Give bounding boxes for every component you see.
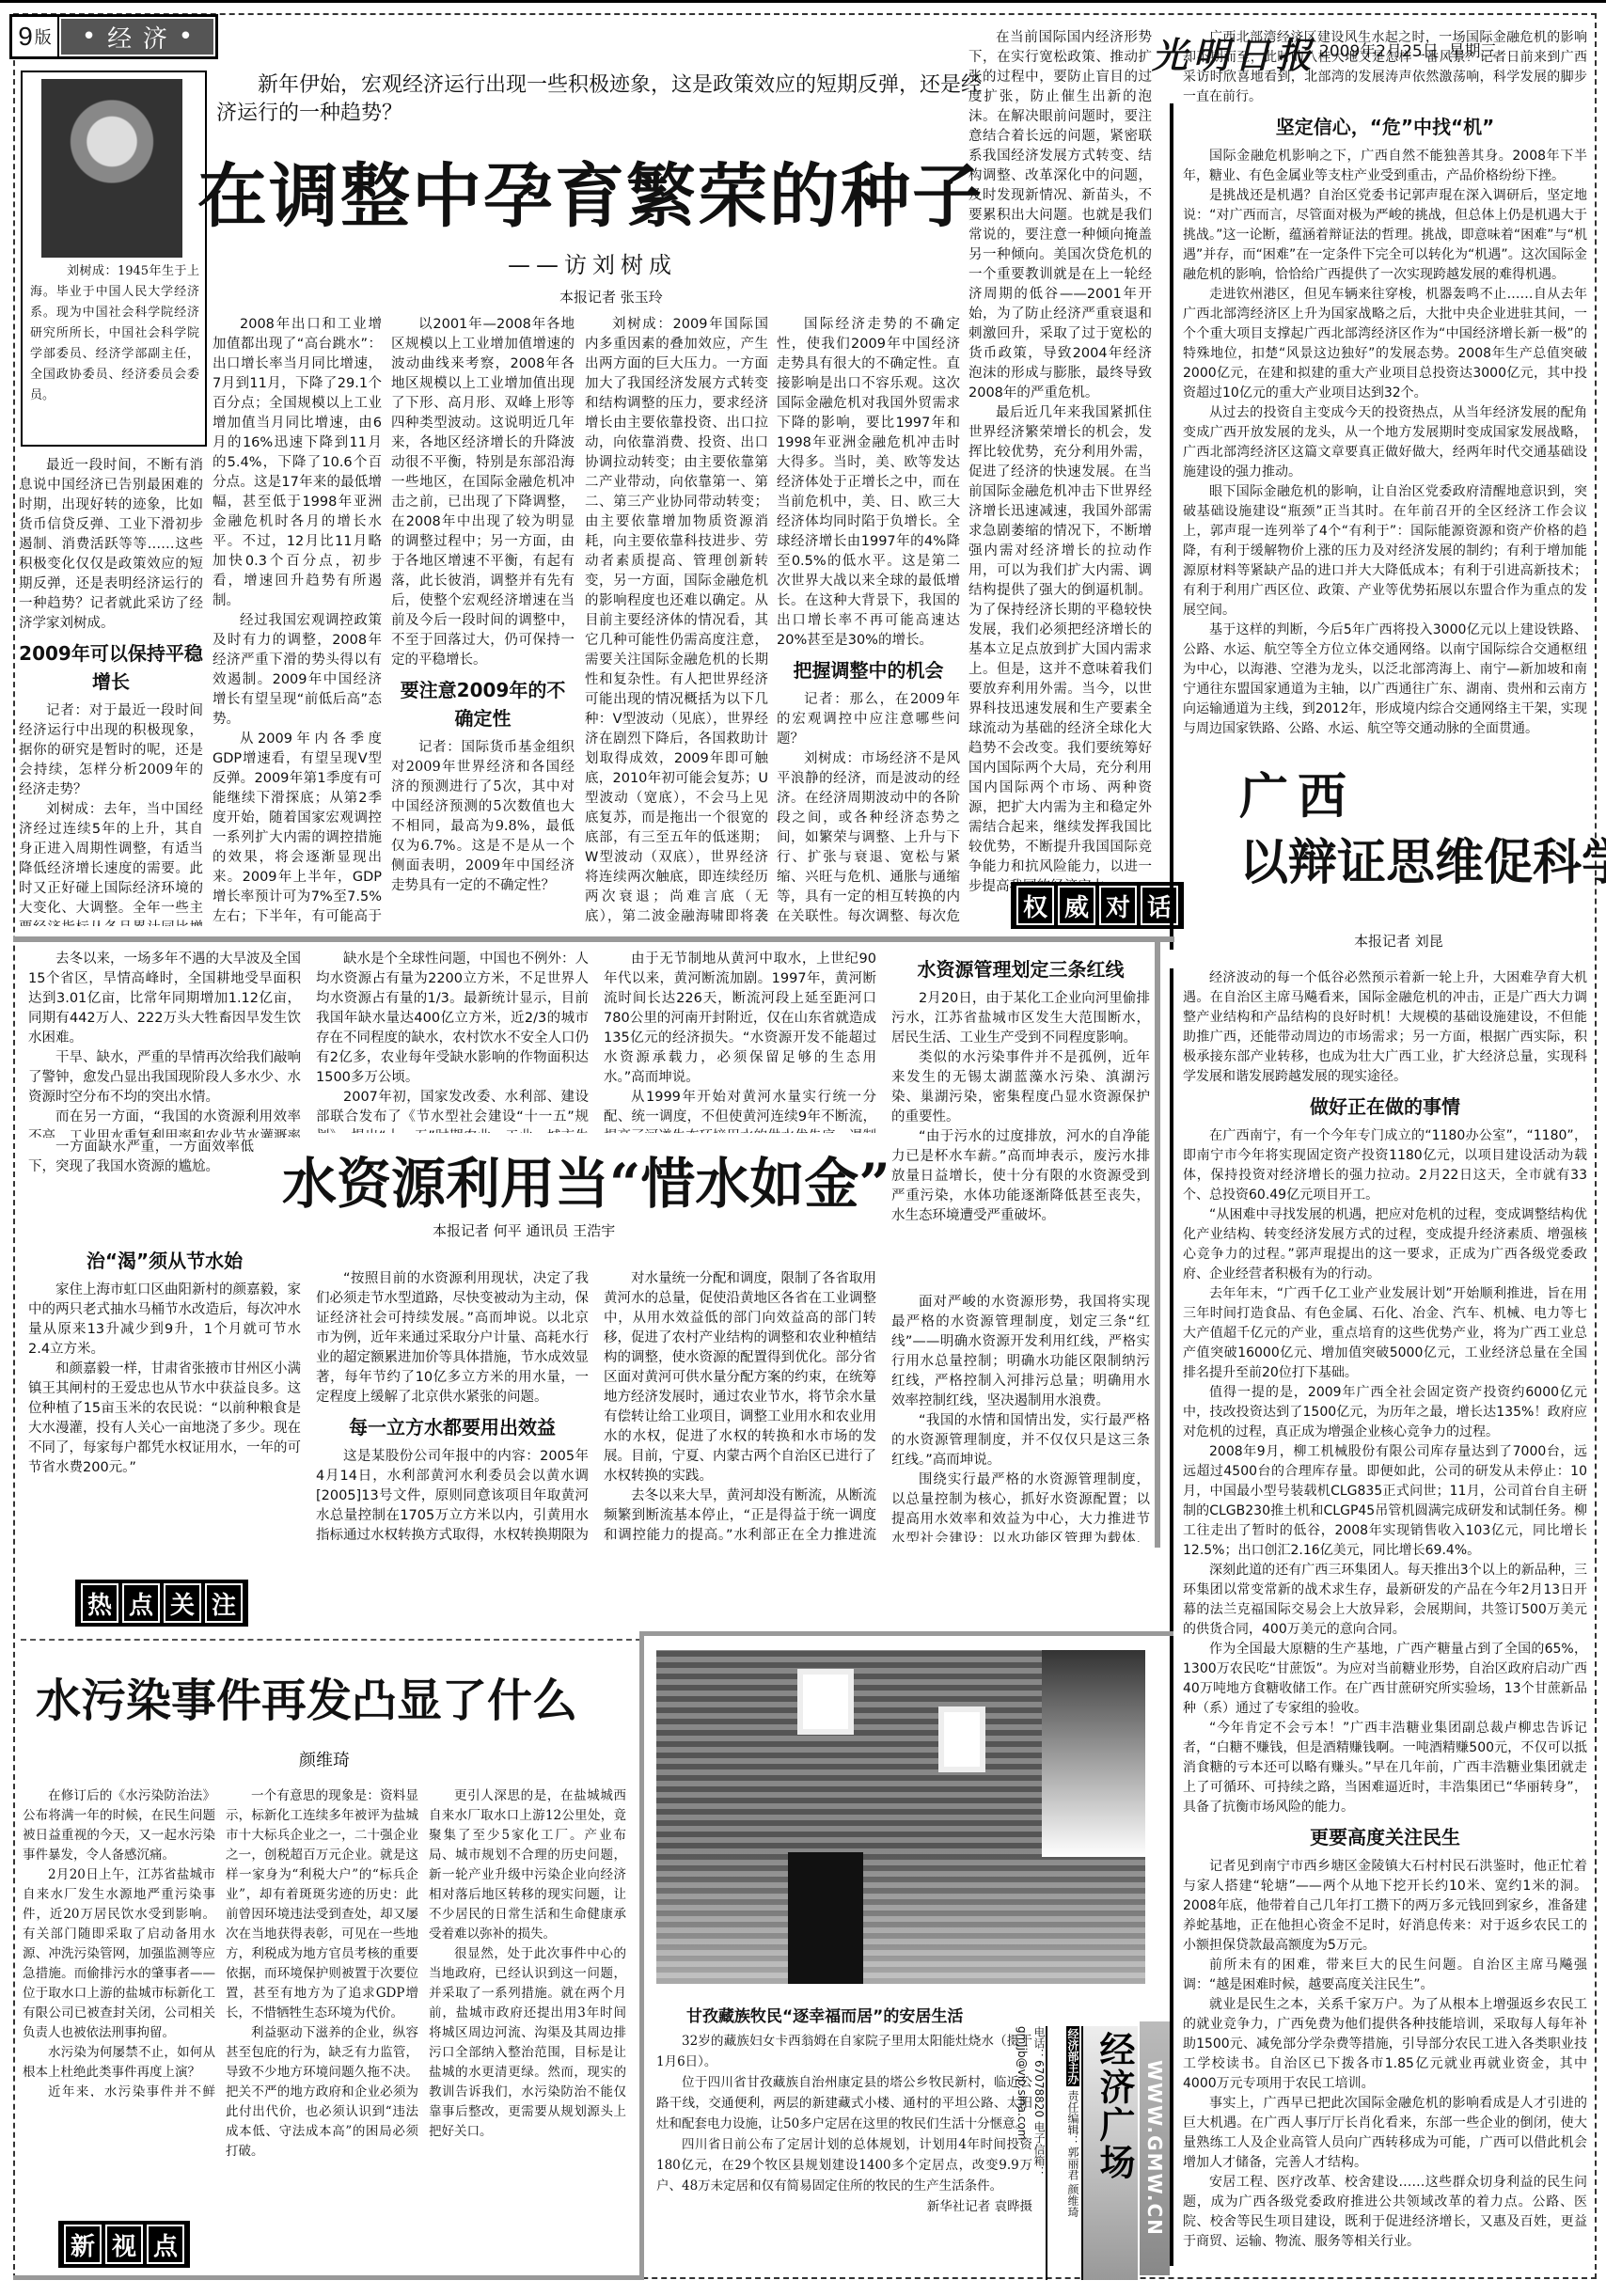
- column-badge-authority: 权 威 对 话: [1011, 882, 1184, 929]
- subhead-uncertainty: 要注意2009年的不确定性: [391, 676, 575, 732]
- photo-door: [788, 1852, 863, 1984]
- photo-caption-title: 甘孜藏族牧民“逐幸福而居”的安居生活: [686, 2003, 963, 2026]
- subhead-2009: 2009年可以保持平稳增长: [19, 639, 203, 696]
- subhead-opportunity: 把握调整中的机会: [777, 656, 960, 684]
- section-border: [13, 936, 1174, 942]
- section-border: [1155, 936, 1160, 1548]
- bullet-icon: •: [179, 23, 193, 51]
- subhead-doing: 做好正在做的事情: [1183, 1093, 1587, 1121]
- pollution-column-1: 在修订后的《水污染防治法》公布将满一年的时候，在民生问题被日益重视的今天，又一起…: [23, 1786, 215, 2097]
- lead-byline: 本报记者 张玉玲: [559, 287, 663, 307]
- editor-info-strip: 经济部主办 责任编辑：郭丽君 颜维琦: [1046, 2026, 1081, 2280]
- top-rule: [0, 0, 1606, 3]
- page-number: 9版: [12, 17, 59, 56]
- water-column-2: “按照目前的水资源利用现状，决定了我们必须走节水型道路，尽快变被动为主动，保证经…: [316, 1269, 589, 1542]
- subhead-redlines: 水资源管理划定三条红线: [891, 955, 1150, 983]
- water-headline: 水资源利用当“惜水如金”: [282, 1140, 890, 1219]
- email-link[interactable]: gmjjb@vip.sina.com: [1016, 2026, 1029, 2140]
- pollution-byline: 颜维琦: [299, 1747, 350, 1771]
- column-badge-new-view: 新 视 点: [58, 2221, 190, 2268]
- contact-info-strip: 电话：67078820 电子信箱：gmjjb@vip.sina.com: [1023, 2026, 1047, 2280]
- lead-column-1: 最近一段时间，不断有消息说中国经济已告别最困难的时期，出现好转的迹象，比如货币信…: [19, 456, 203, 926]
- lead-column-5: 国际经济走势的不确定性，使我们2009年中国经济走势具有很大的不确定性。直接影响…: [777, 315, 960, 926]
- section-border: [639, 1631, 1173, 1636]
- section-tag: • 经 济 •: [59, 17, 215, 56]
- column-divider: [1170, 968, 1173, 2266]
- pollution-column-3: 更引人深思的是，在盐城城西自来水厂取水口上游12公里处，竟聚集了至少5家化工厂。…: [429, 1786, 626, 2280]
- page-header-box: 9版 • 经 济 •: [9, 14, 218, 59]
- lead-headline: 在调整中孕育繁荣的种子: [197, 141, 1006, 241]
- water-column-1-mid: 一方面缺水严重，一方面效率低下，突现了我国水资源的尴尬。: [28, 1138, 254, 1232]
- subhead-thirst: 治“渴”须从节水始: [28, 1247, 301, 1275]
- photo-window: [938, 1706, 985, 1772]
- lead-column-2: 2008年出口和工业增加值都出现了“高台跳水”：出口增长率当月同比增速，7月到1…: [213, 315, 382, 926]
- pollution-column-2: 一个有意思的现象是：资料显示，标新化工连续多年被评为盐城市十大标兵企业之一，二十…: [226, 1786, 418, 2280]
- photo-credit: 新华社记者 袁晔摄: [656, 2196, 1032, 2217]
- pollution-headline: 水污染事件再发凸显了什么: [36, 1664, 577, 1729]
- bullet-icon: •: [82, 23, 96, 51]
- water-column-4-top: 水资源管理划定三条红线 2月20日，由于某化工企业向河里偷排污水，江苏省盐城市区…: [891, 950, 1150, 1288]
- water-column-3: 对水量统一分配和调度，限制了各省取用黄河水的总量，促使沿黄地区各省在工业调整中，…: [604, 1269, 876, 1542]
- guangxi-headline-2: 以辩证思维促科学发展: [1239, 823, 1606, 893]
- section-border: [639, 1631, 644, 2280]
- section-border: [13, 2275, 643, 2280]
- lead-column-6: 在当前国际国内经济形势下，在实行宽松政策、推动扩张的过程中，要防止盲目的过度扩张…: [968, 28, 1152, 893]
- water-column-4: 面对严峻的水资源形势，我国将实现最严格的水资源管理制度，划定三条“红线”——明确…: [891, 1293, 1150, 1542]
- guangxi-byline: 本报记者 刘昆: [1354, 931, 1443, 951]
- website-url-link[interactable]: WWW.GMW.CN: [1140, 2021, 1170, 2275]
- water-column-1: 治“渴”须从节水始 家住上海市虹口区曲阳新村的颜嘉毅，家中的两只老式抽水马桶节水…: [28, 1241, 301, 1551]
- water-column-1-top: 去冬以来，一场多年不遇的大旱波及全国15个省区，旱情高峰时，全国耕地受旱面积达到…: [28, 950, 301, 1138]
- section-divider: [21, 1639, 641, 1641]
- guangxi-headline-1: 广西: [1239, 757, 1356, 827]
- water-column-2-top: 缺水是个全球性问题，中国也不例外：人均水资源占有量为2200立方米，不足世界人均…: [316, 950, 589, 1133]
- guangxi-column-top: 广西北部湾经济区建设风生水起之时，一场国际金融危机的影响却不期而至，此时的八桂大…: [1183, 28, 1587, 752]
- portrait-caption: 刘树成：1945年生于上海。毕业于中国人民大学经济系。现为中国社会科学院经济研究…: [30, 261, 199, 406]
- photo-caption-body: 32岁的藏族妇女卡西翁姆在自家院子里用太阳能灶烧水（摄于1月6日）。 位于四川省…: [656, 2031, 1032, 2266]
- photo-sky: [1042, 1650, 1145, 1857]
- photo-window: [797, 1669, 854, 1735]
- lead-column-4: 刘树成：2009年国际国内多重因素的叠加效应，产生出两方面的巨大压力。一方面加大…: [585, 315, 768, 926]
- subhead-confidence: 坚定信心，“危”中找“机”: [1183, 113, 1587, 141]
- column-divider: [1170, 103, 1173, 950]
- column-badge-hot-topic: 热 点 关 注: [75, 1580, 248, 1627]
- subhead-livelihood: 更要高度关注民生: [1183, 1823, 1587, 1851]
- lead-deck: 新年伊始，宏观经济运行出现一些积极迹象，这是政策效应的短期反弹，还是经济运行的一…: [216, 71, 987, 128]
- lead-column-3: 以2001年—2008年各地区规模以上工业增加值增速的波动曲线来考察，2008年…: [391, 315, 575, 926]
- water-byline: 本报记者 何平 通讯员 王浩宇: [433, 1220, 615, 1240]
- tibetan-herder-photo: [656, 1650, 1145, 1984]
- subhead-efficiency: 每一立方水都要用出效益: [316, 1413, 589, 1441]
- guangxi-column-bottom: 经济波动的每一个低谷必然预示着新一轮上升，大困难孕育大机遇。在自治区主席马飚看来…: [1183, 968, 1587, 2280]
- portrait-photo: [41, 79, 182, 258]
- econ-square-title: 经济广场: [1089, 2031, 1141, 2181]
- lead-subtitle: ——访刘树成: [508, 246, 677, 279]
- water-column-3-top: 由于无节制地从黄河中取水，上世纪90年代以来，黄河断流加剧。1997年，黄河断流…: [604, 950, 876, 1133]
